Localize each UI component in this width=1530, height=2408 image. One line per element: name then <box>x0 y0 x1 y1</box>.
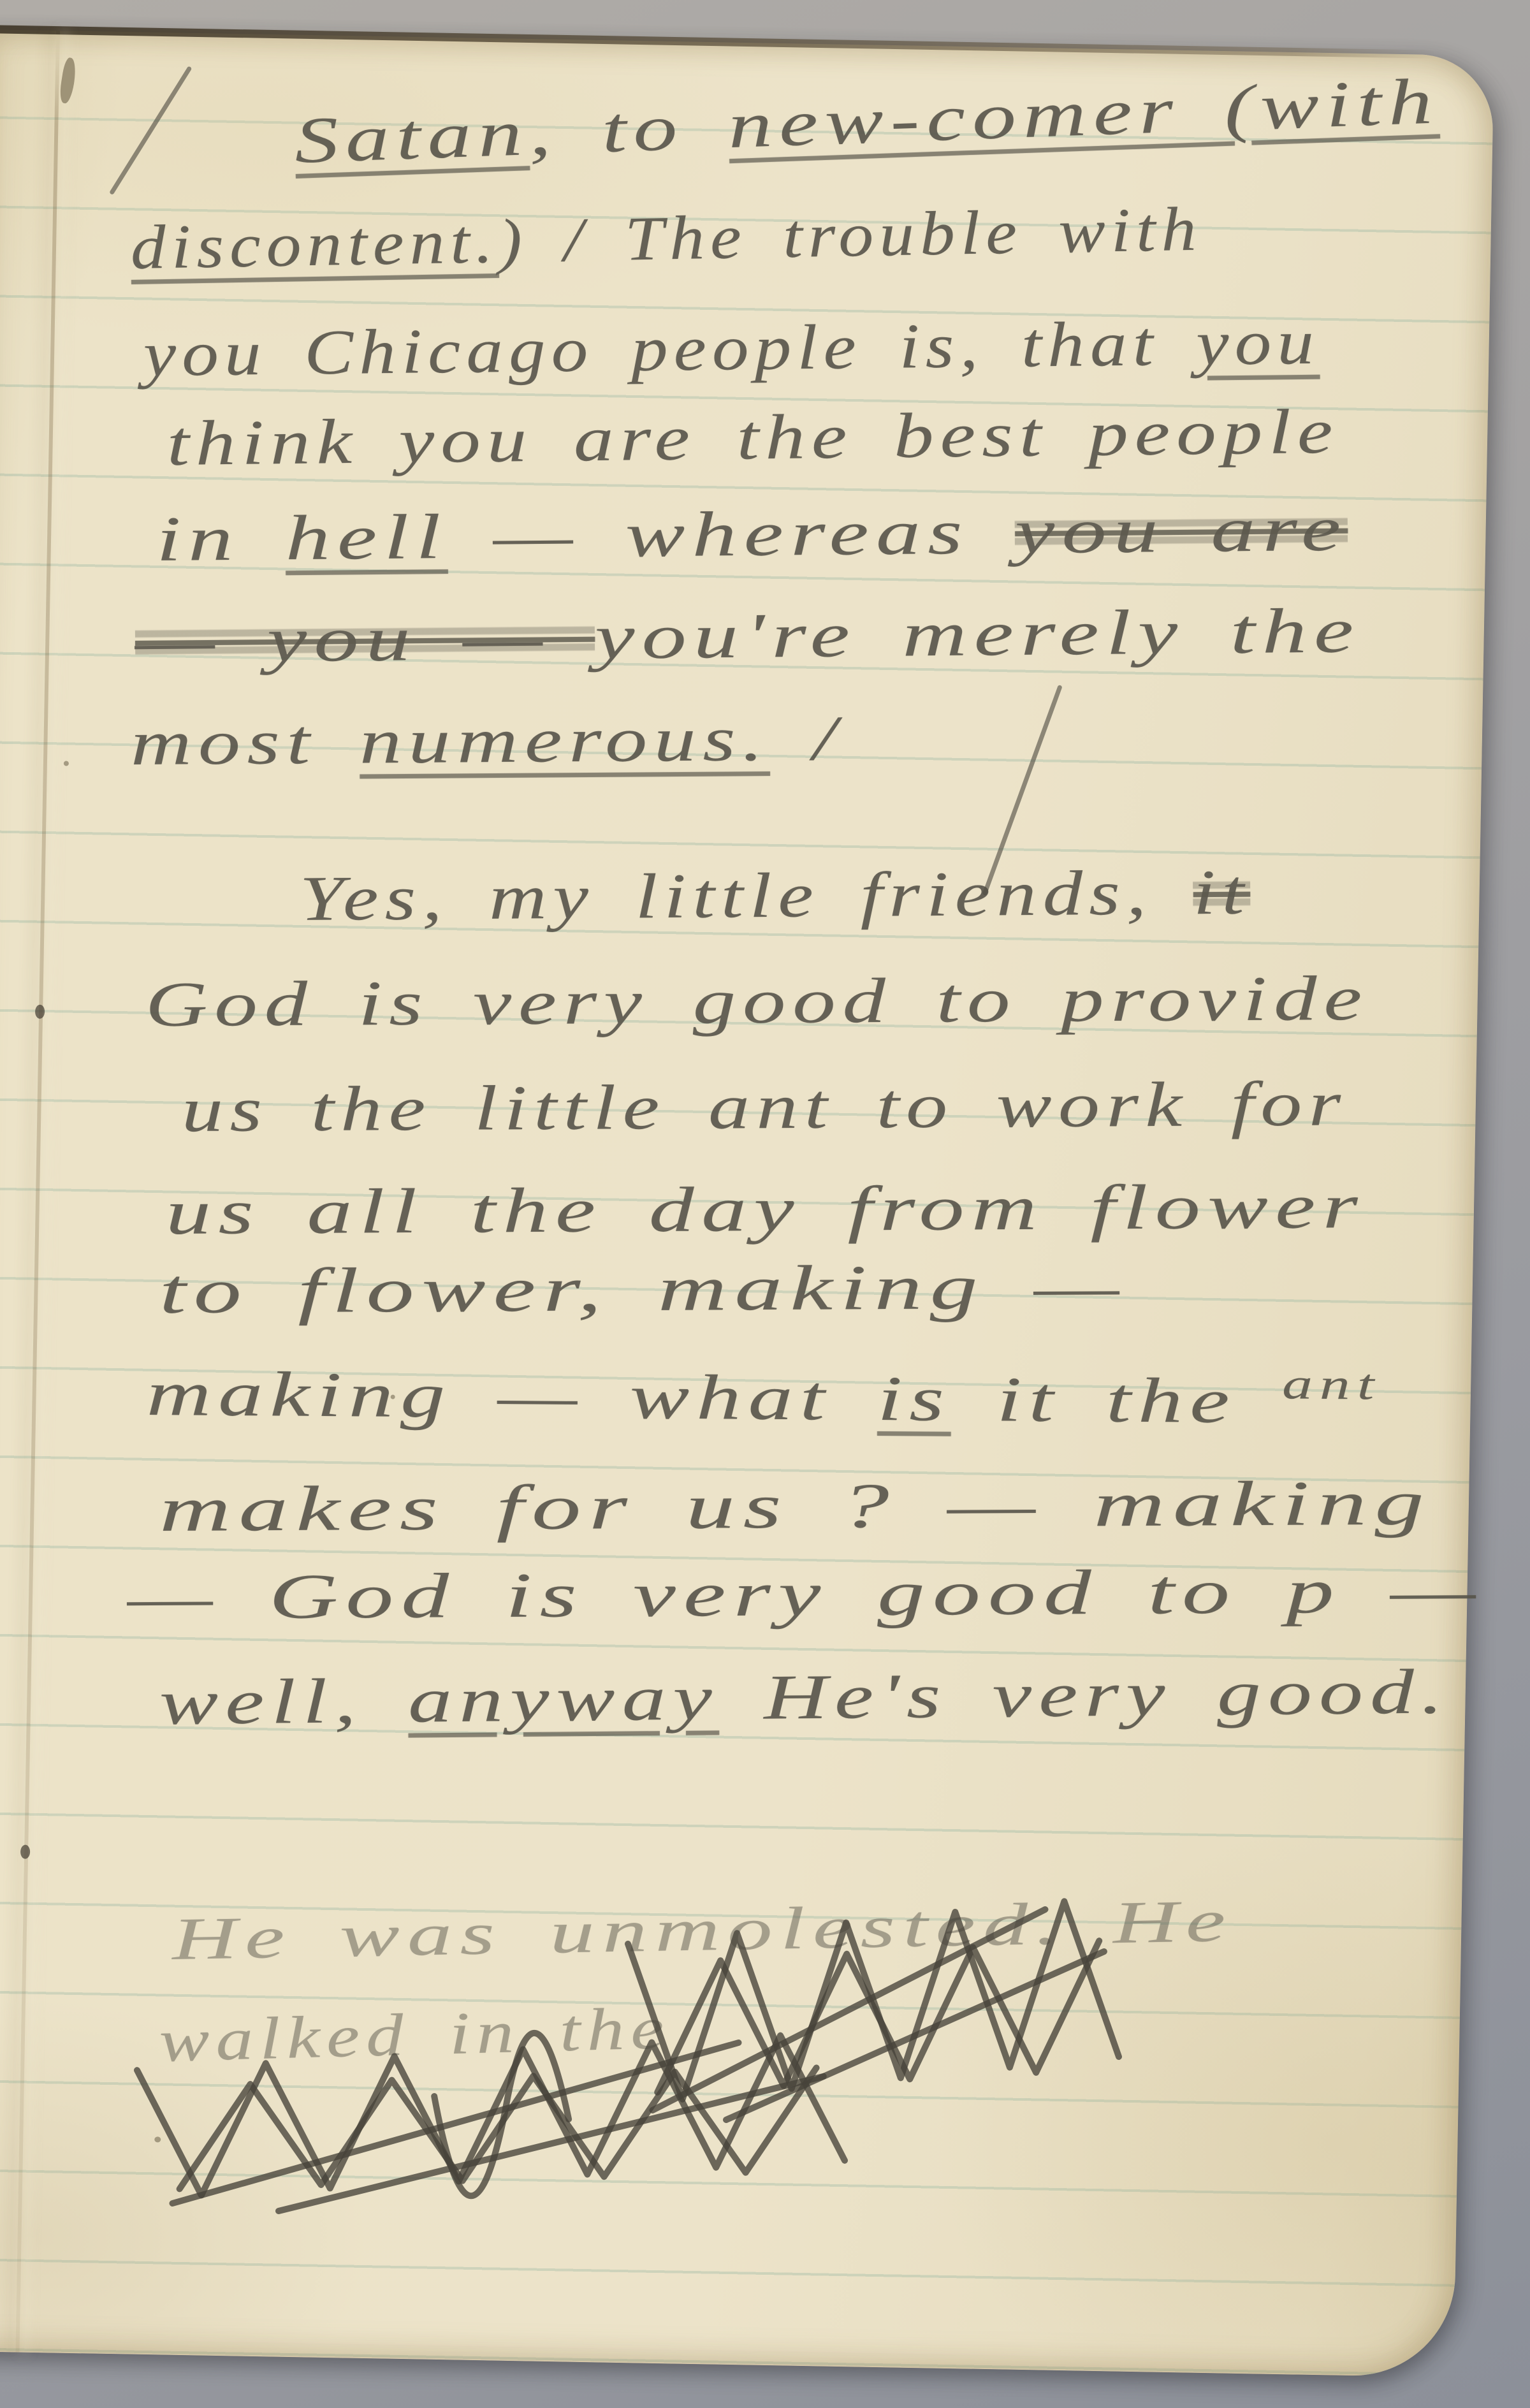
handwriting-text: us the little ant to work for <box>182 1068 1348 1145</box>
handwriting-text: think you are the best people <box>166 396 1339 479</box>
handwriting-layer: Satan, to new-comer (withdiscontent.) / … <box>0 0 1530 2408</box>
handwriting-text: you Chicago people is, that <box>143 308 1197 390</box>
underlined-handwriting: numerous. <box>360 703 771 777</box>
handwriting-text: to flower, making — <box>159 1251 1127 1327</box>
manuscript-line: you Chicago people is, that you <box>143 305 1320 391</box>
struck-out-handwriting: it <box>1193 857 1250 928</box>
handwriting-text: — whereas <box>448 496 1016 572</box>
underlined-handwriting: discontent. <box>130 207 499 282</box>
manuscript-line: discontent.) / The trouble with <box>130 194 1202 284</box>
handwriting-text: / <box>769 703 843 774</box>
handwriting-text: Yes, my little friends, <box>300 857 1194 934</box>
handwriting-text: making — what <box>147 1358 878 1434</box>
manuscript-line: think you are the best people <box>166 395 1339 480</box>
handwriting-text: — God is very good to p — <box>127 1555 1483 1633</box>
manuscript-line: in hell — whereas you are <box>156 492 1348 576</box>
manuscript-line: — you — you're merely the <box>135 594 1360 678</box>
handwriting-text: ) / The trouble with <box>498 195 1202 276</box>
handwriting-text: us all the day from flower <box>166 1171 1366 1248</box>
struck-out-handwriting: you are <box>1015 493 1348 567</box>
underlined-handwriting: hell <box>285 501 448 573</box>
manuscript-line: making — what is it the ant <box>147 1357 1381 1439</box>
manuscript-line: well, anyway He's very good. <box>159 1654 1450 1739</box>
handwriting-text: it the <box>951 1364 1283 1437</box>
manuscript-line: God is very good to provide <box>145 961 1369 1041</box>
manuscript-line: Satan, to new-comer (with <box>293 64 1440 179</box>
manuscript-line: — God is very good to p — <box>127 1554 1483 1634</box>
handwriting-text: in <box>156 502 286 574</box>
handwriting-text: well, <box>159 1665 409 1738</box>
handwriting-text: God is very good to provide <box>145 963 1369 1040</box>
underlined-handwriting: you <box>1196 307 1320 379</box>
handwriting-text: you're merely the <box>595 595 1361 672</box>
handwriting-text: , to <box>527 90 729 169</box>
handwriting-text: He's very good. <box>718 1656 1450 1733</box>
underlined-handwriting: Satan <box>293 97 530 177</box>
manuscript-line: makes for us ? — making <box>159 1466 1432 1546</box>
struck-out-handwriting: — you — <box>135 602 595 676</box>
handwriting-text: most <box>131 706 360 778</box>
opening-paragraph-slash <box>109 66 192 195</box>
photographed-scan: Satan, to new-comer (withdiscontent.) / … <box>0 0 1530 2408</box>
handwriting-text: ant <box>1282 1359 1381 1408</box>
manuscript-line: us the little ant to work for <box>182 1067 1348 1146</box>
manuscript-line: Yes, my little friends, it <box>300 856 1251 935</box>
handwriting-text: makes for us ? — making <box>159 1468 1432 1545</box>
manuscript-line: most numerous. / <box>131 701 843 780</box>
underlined-handwriting: anyway <box>408 1662 720 1735</box>
underlined-handwriting: is <box>877 1363 952 1434</box>
underlined-handwriting: new-comer (with <box>727 65 1440 162</box>
manuscript-line: us all the day from flower <box>166 1169 1366 1249</box>
manuscript-line: to flower, making — <box>159 1250 1127 1328</box>
scratched-out-line <box>137 2058 845 2211</box>
